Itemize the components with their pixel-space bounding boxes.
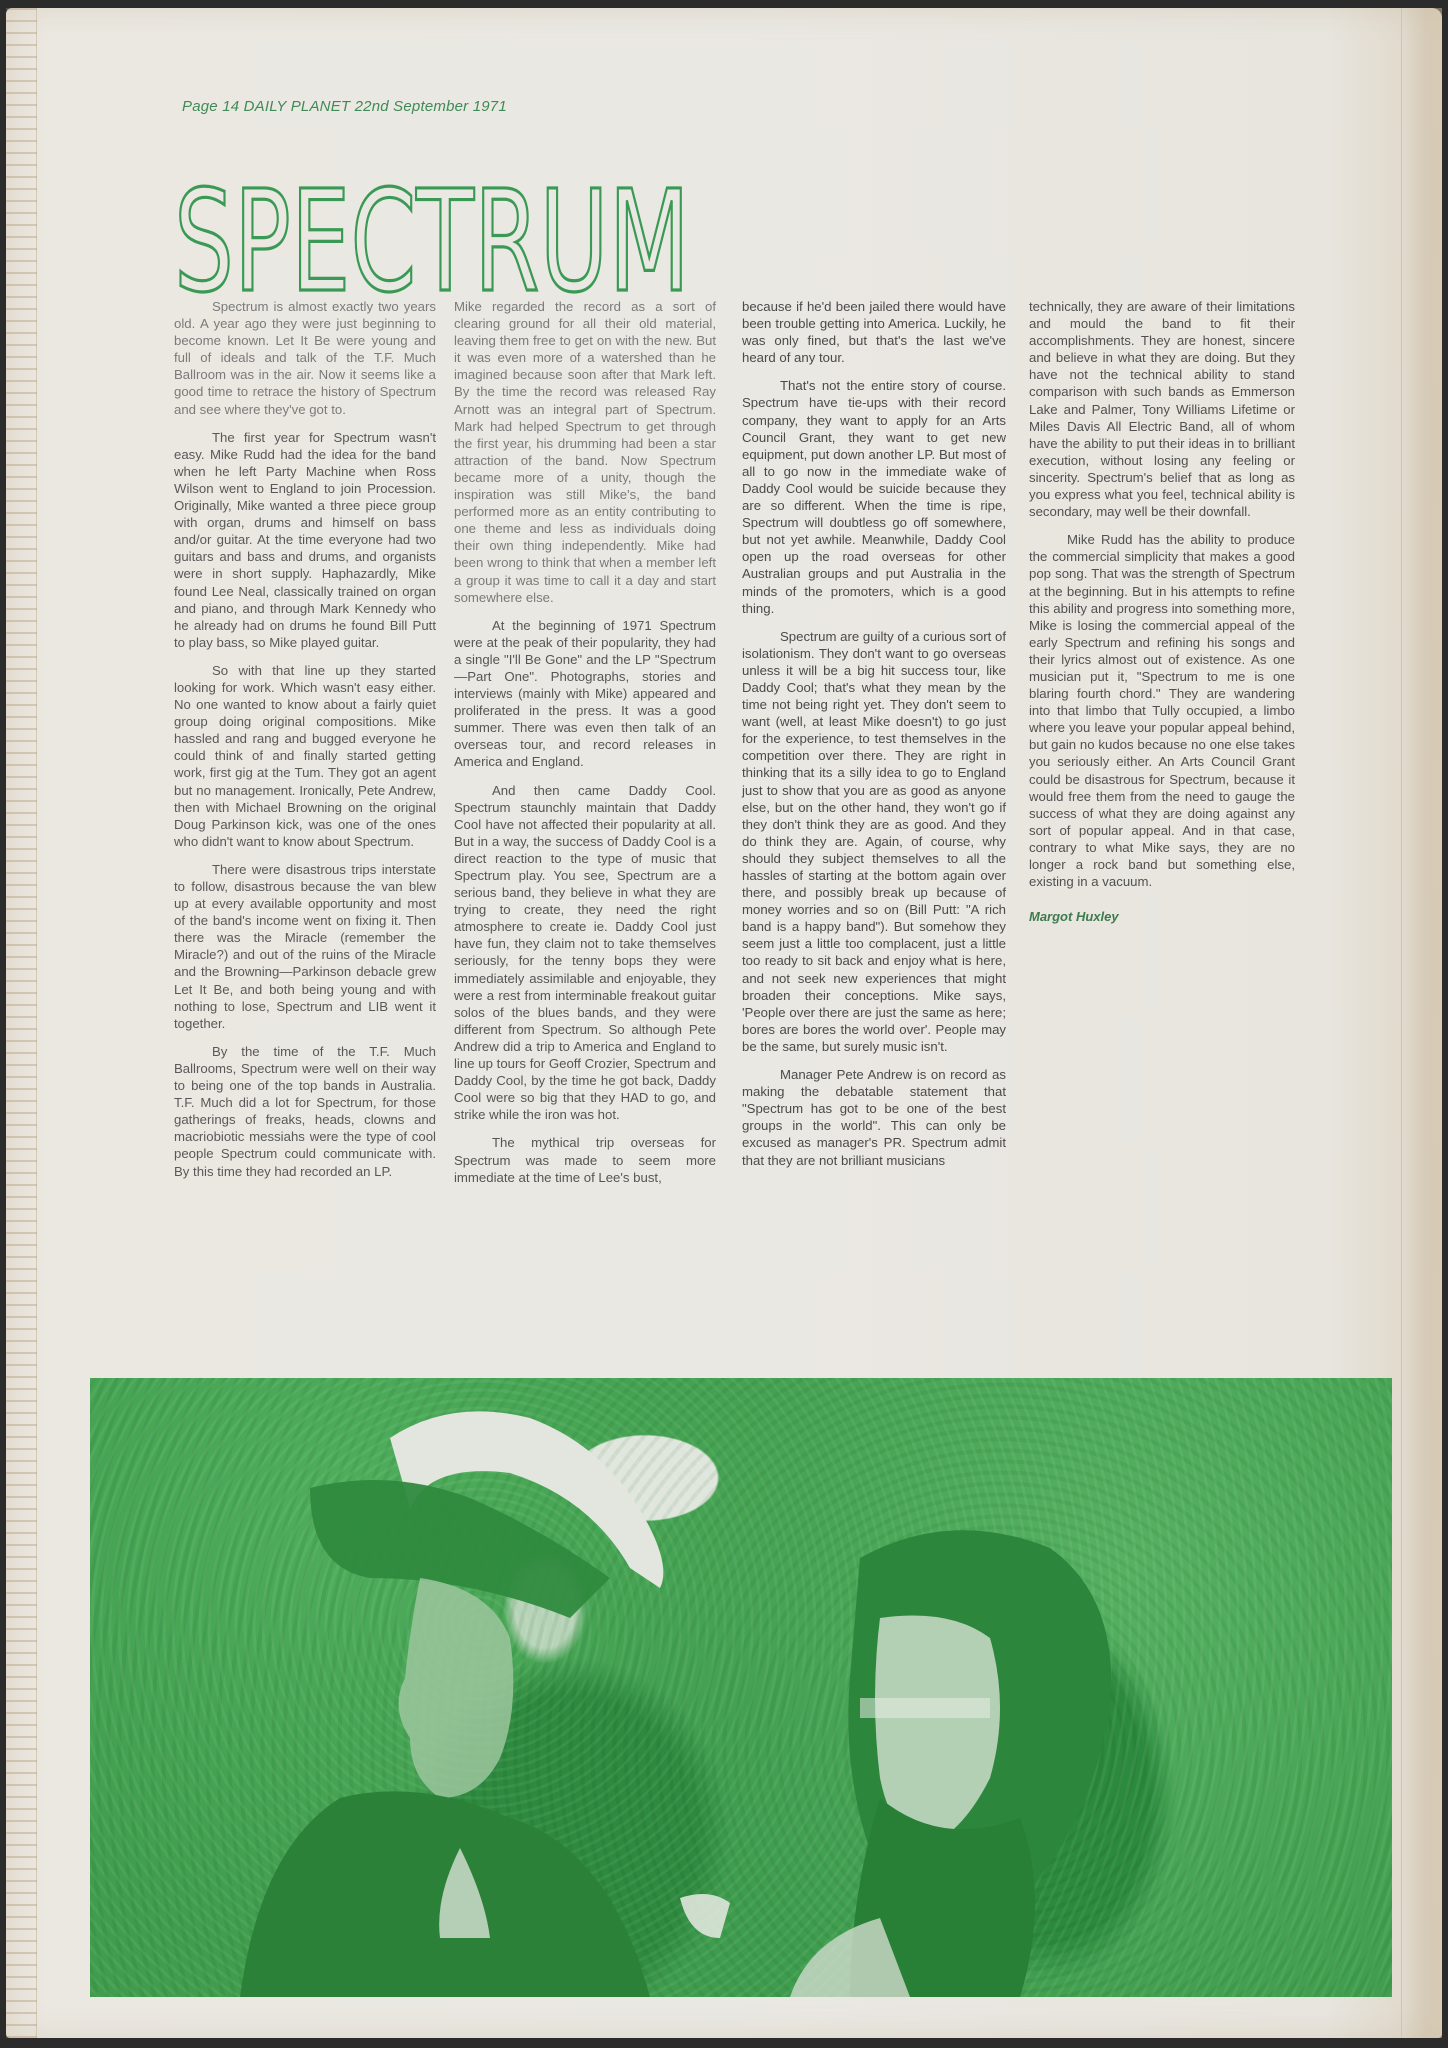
- spine-perforation: [6, 8, 37, 2038]
- headline-art: SPECTRUM: [174, 178, 694, 298]
- article-column-1: Spectrum is almost exactly two years old…: [174, 298, 436, 1191]
- paragraph: Mike Rudd has the ability to produce the…: [1029, 531, 1295, 890]
- paragraph: By the time of the T.F. Much Ballrooms, …: [174, 1043, 436, 1180]
- paragraph: because if he'd been jailed there would …: [742, 298, 1006, 366]
- paragraph: Manager Pete Andrew is on record as maki…: [742, 1066, 1006, 1169]
- paragraph: Spectrum is almost exactly two years old…: [174, 298, 436, 418]
- photo-figures: [90, 1378, 1392, 1997]
- paragraph: That's not the entire story of course. S…: [742, 377, 1006, 616]
- svg-text:SPECTRUM: SPECTRUM: [174, 178, 690, 298]
- paragraph: technically, they are aware of their lim…: [1029, 298, 1295, 520]
- page-fold-edge: [1401, 8, 1442, 2038]
- article-body: Spectrum is almost exactly two years old…: [174, 298, 1314, 1368]
- band-photo: [90, 1378, 1392, 1997]
- article-column-4: technically, they are aware of their lim…: [1029, 298, 1295, 925]
- article-column-2: Mike regarded the record as a sort of cl…: [454, 298, 716, 1197]
- paragraph: The first year for Spectrum wasn't easy.…: [174, 429, 436, 651]
- left-face-shape: [399, 1578, 514, 1798]
- page-folio: Page 14 DAILY PLANET 22nd September 1971: [182, 98, 507, 115]
- article-column-3: because if he'd been jailed there would …: [742, 298, 1006, 1180]
- paragraph: Spectrum are guilty of a curious sort of…: [742, 628, 1006, 1055]
- paragraph: Mike regarded the record as a sort of cl…: [454, 298, 716, 606]
- newspaper-page: Page 14 DAILY PLANET 22nd September 1971…: [6, 8, 1442, 2038]
- epaulette-shape: [680, 1894, 730, 1938]
- paragraph: There were disastrous trips interstate t…: [174, 861, 436, 1032]
- paragraph: The mythical trip overseas for Spectrum …: [454, 1134, 716, 1185]
- author-byline: Margot Huxley: [1029, 908, 1295, 925]
- paragraph: So with that line up they started lookin…: [174, 662, 436, 850]
- paragraph: At the beginning of 1971 Spectrum were a…: [454, 617, 716, 771]
- headline: SPECTRUM: [174, 178, 694, 298]
- glasses-shape: [860, 1698, 990, 1718]
- paragraph: And then came Daddy Cool. Spectrum staun…: [454, 782, 716, 1124]
